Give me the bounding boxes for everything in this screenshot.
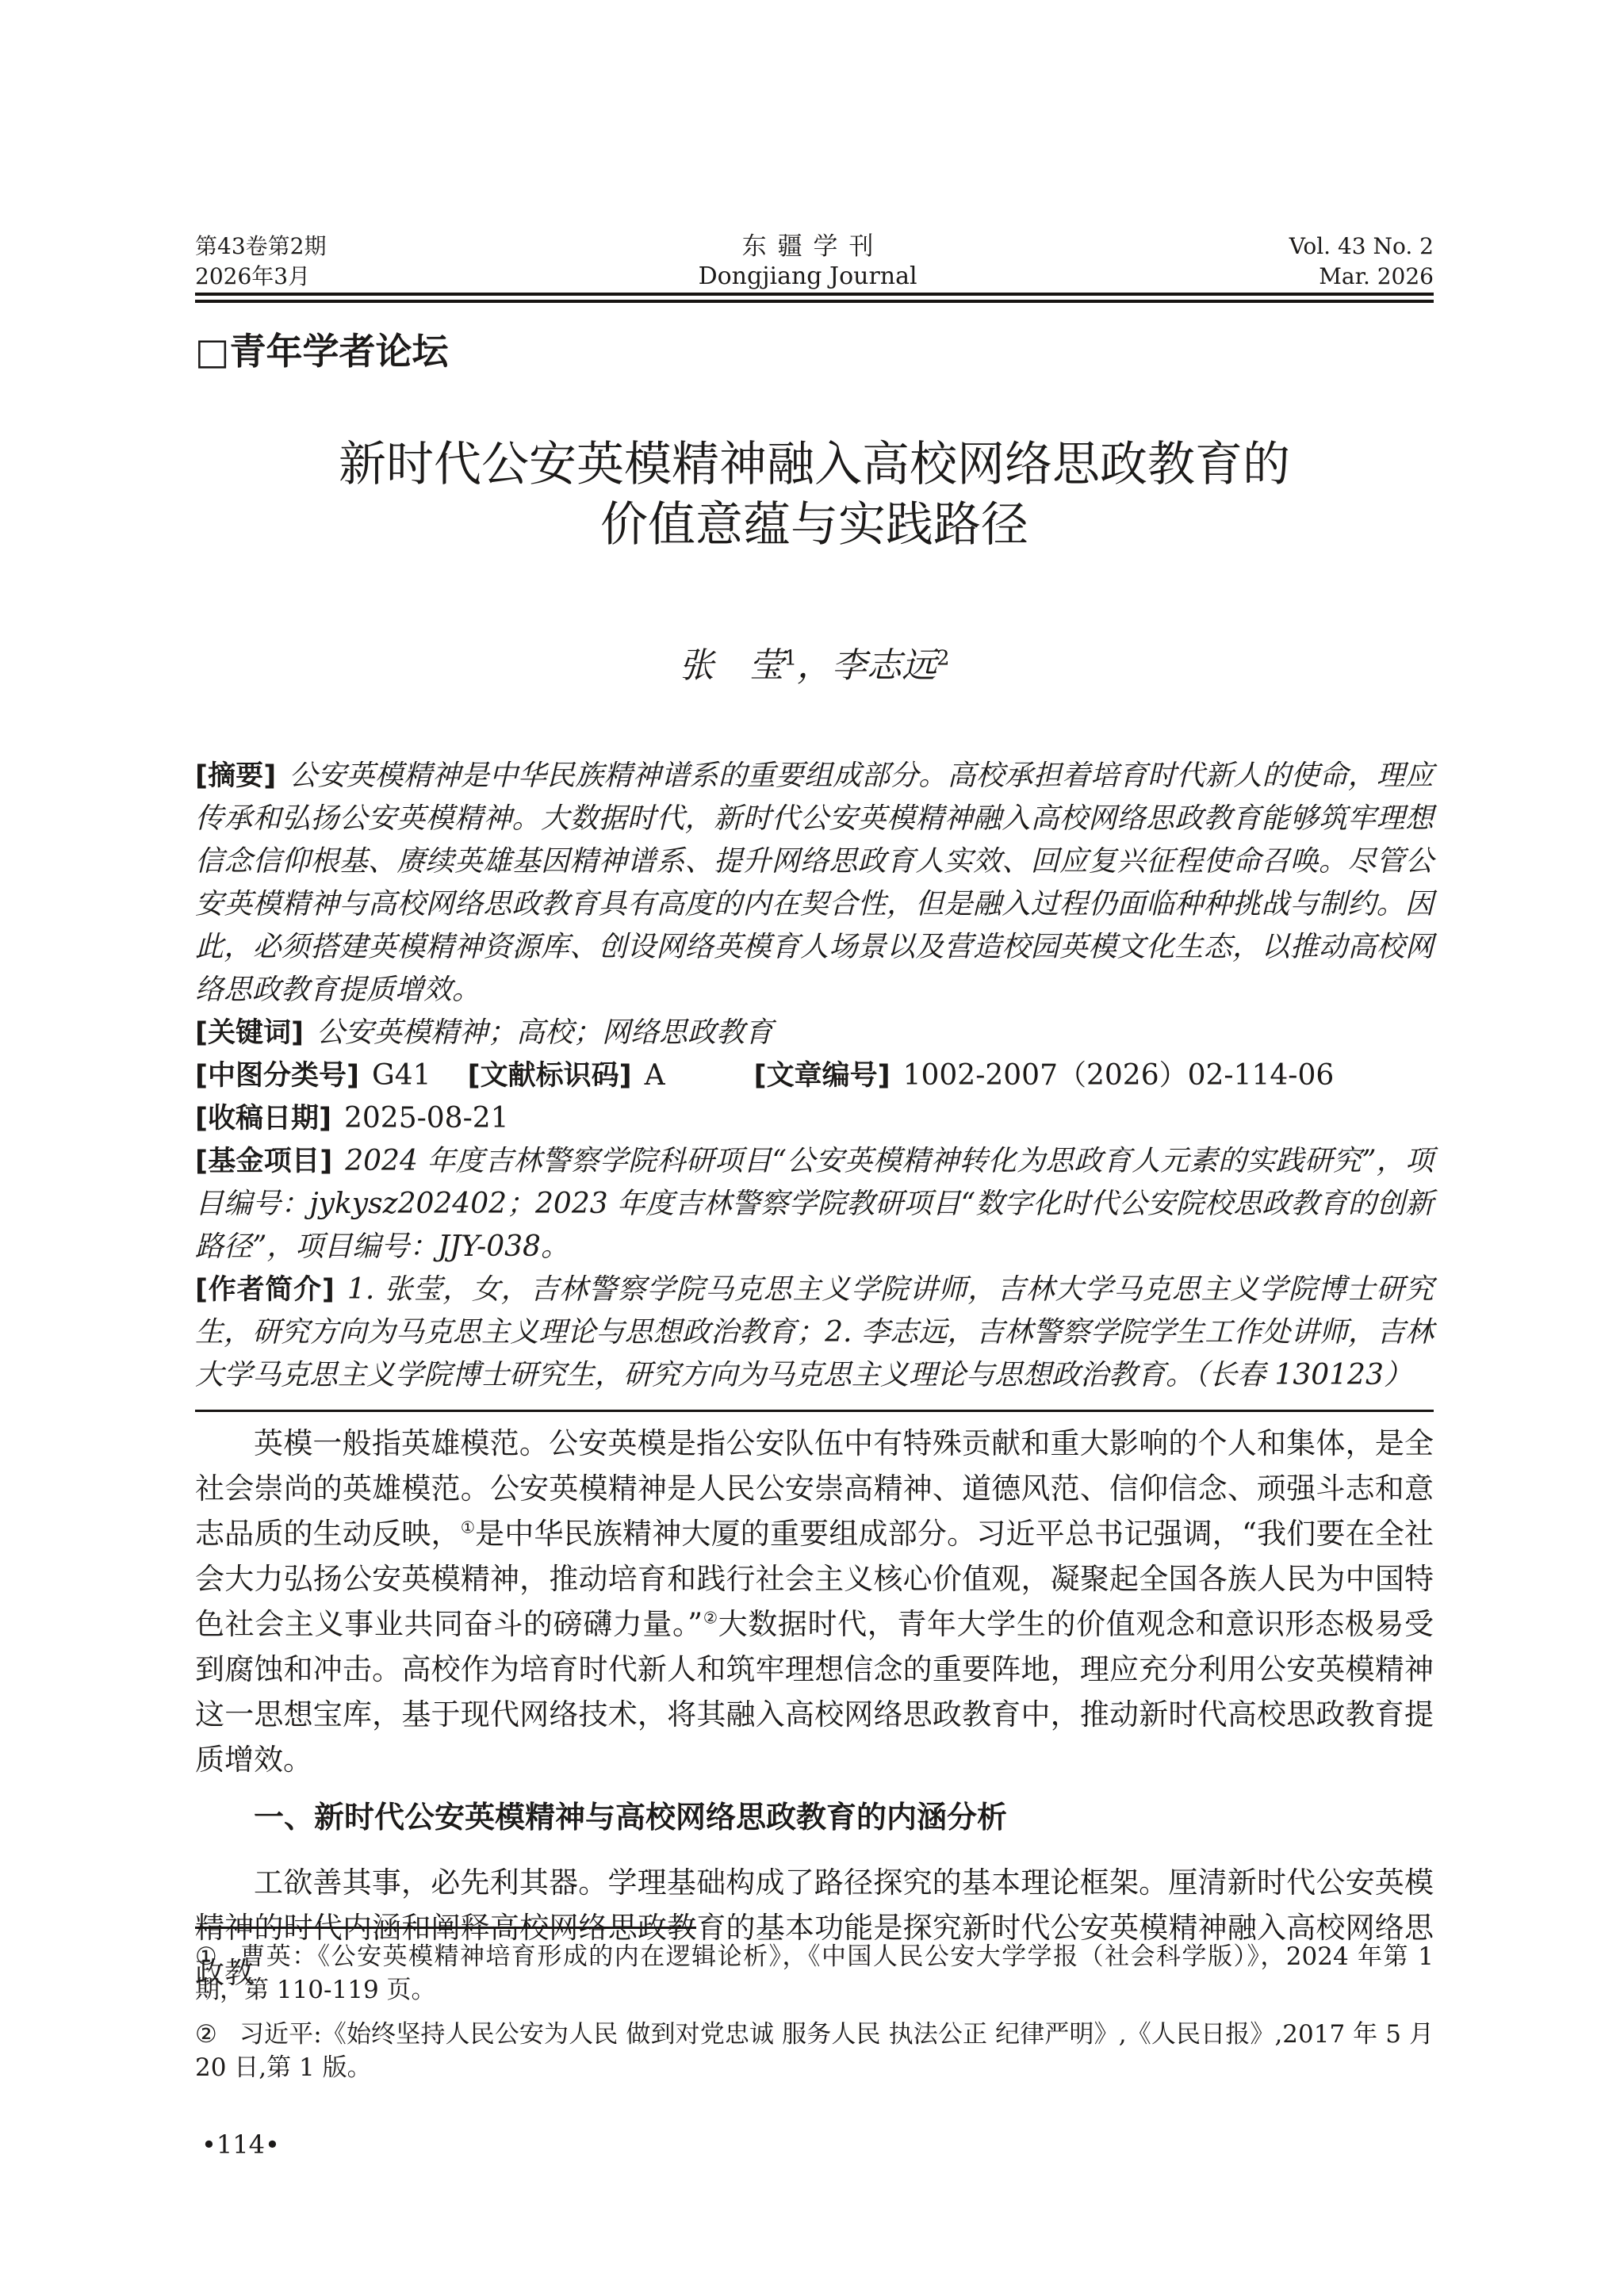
header-center: 东疆学刊 Dongjiang Journal <box>699 232 917 292</box>
classification-line: [中图分类号]G41[文献标识码]A[文章编号]1002-2007（2026）0… <box>195 1054 1434 1097</box>
fund-label: [基金项目] <box>195 1146 332 1177</box>
abstract: [摘要]公安英模精神是中华民族精神谱系的重要组成部分。高校承担着培育时代新人的使… <box>195 755 1434 1012</box>
article-title-line2: 价值意蕴与实践路径 <box>195 495 1434 555</box>
keywords-label: [关键词] <box>195 1017 304 1049</box>
bio-text: 1. 张莹，女，吉林警察学院马克思主义学院讲师，吉林大学马克思主义学院博士研究生… <box>195 1273 1434 1391</box>
fund-project: [基金项目]2024 年度吉林警察学院科研项目“公安英模精神转化为思政育人元素的… <box>195 1140 1434 1269</box>
article-id-label: [文章编号] <box>754 1060 891 1092</box>
author-separator: ， <box>797 645 832 686</box>
issue-en: Vol. 43 No. 2 <box>1289 232 1434 262</box>
fund-text: 2024 年度吉林警察学院科研项目“公安英模精神转化为思政育人元素的实践研究”，… <box>195 1145 1434 1263</box>
footnote-2-marker: ② <box>195 2020 217 2049</box>
author-2: 李志远 <box>832 645 936 686</box>
bio-label: [作者简介] <box>195 1274 335 1306</box>
article-id-value: 1002-2007（2026）02-114-06 <box>903 1059 1335 1092</box>
footnote-rule <box>195 1927 696 1929</box>
footnote-ref-2: ② <box>703 1609 718 1628</box>
journal-title-cn: 东疆学刊 <box>699 232 929 262</box>
footnotes: ①曹英：《公安英模精神培育形成的内在逻辑论析》，《中国人民公安大学学报（社会科学… <box>195 1927 1434 2084</box>
article-title-line1: 新时代公安英模精神融入高校网络思政教育的 <box>195 434 1434 495</box>
author-2-superscript: 2 <box>936 646 950 670</box>
clc-value: G41 <box>372 1059 431 1092</box>
article-body: 英模一般指英雄模范。公安英模是指公安队伍中有特殊贡献和重大影响的个人和集体，是全… <box>195 1421 1434 1996</box>
footnote-ref-1: ① <box>461 1518 475 1537</box>
journal-header: 第43卷第2期 2026年3月 东疆学刊 Dongjiang Journal V… <box>195 232 1434 292</box>
journal-page: 第43卷第2期 2026年3月 东疆学刊 Dongjiang Journal V… <box>0 0 1624 2296</box>
issue-cn: 第43卷第2期 <box>195 232 326 262</box>
received-date: [收稿日期]2025-08-21 <box>195 1097 1434 1140</box>
date-cn: 2026年3月 <box>195 262 326 292</box>
footnote-1-text: 曹英：《公安英模精神培育形成的内在逻辑论析》，《中国人民公安大学学报（社会科学版… <box>195 1942 1434 2004</box>
date-en: Mar. 2026 <box>1289 262 1434 292</box>
authors-line: 张 莹1，李志远2 <box>195 644 1434 688</box>
author-bio: [作者简介]1. 张莹，女，吉林警察学院马克思主义学院讲师，吉林大学马克思主义学… <box>195 1269 1434 1397</box>
footnote-1: ①曹英：《公安英模精神培育形成的内在逻辑论析》，《中国人民公安大学学报（社会科学… <box>195 1940 1434 2007</box>
doc-code-value: A <box>645 1059 665 1092</box>
header-left: 第43卷第2期 2026年3月 <box>195 232 326 292</box>
footnote-2-text: 习近平:《始终坚持人民公安为人民 做到对党忠诚 服务人民 执法公正 纪律严明》,… <box>195 2020 1434 2082</box>
clc-label: [中图分类号] <box>195 1060 359 1092</box>
received-value: 2025-08-21 <box>344 1102 509 1135</box>
abstract-label: [摘要] <box>195 760 276 792</box>
page-number: •114• <box>201 2130 280 2160</box>
header-right: Vol. 43 No. 2 Mar. 2026 <box>1289 232 1434 292</box>
author-1-superscript: 1 <box>783 646 797 670</box>
author-1: 张 莹 <box>679 645 783 686</box>
body-paragraph-1: 英模一般指英雄模范。公安英模是指公安队伍中有特殊贡献和重大影响的个人和集体，是全… <box>195 1421 1434 1782</box>
footnote-2: ②习近平:《始终坚持人民公安为人民 做到对党忠诚 服务人民 执法公正 纪律严明》… <box>195 2018 1434 2084</box>
keywords-text: 公安英模精神；高校；网络思政教育 <box>316 1016 773 1049</box>
front-matter: [摘要]公安英模精神是中华民族精神谱系的重要组成部分。高校承担着培育时代新人的使… <box>195 755 1434 1397</box>
body-separator-rule <box>195 1410 1434 1412</box>
abstract-text: 公安英模精神是中华民族精神谱系的重要组成部分。高校承担着培育时代新人的使命，理应… <box>195 760 1434 1006</box>
column-label: □青年学者论坛 <box>195 330 1434 373</box>
header-double-rule <box>195 293 1434 303</box>
doc-code-label: [文献标识码] <box>468 1060 632 1092</box>
received-label: [收稿日期] <box>195 1103 331 1135</box>
section-heading-1: 一、新时代公安英模精神与高校网络思政教育的内涵分析 <box>195 1793 1434 1841</box>
journal-title-en: Dongjiang Journal <box>699 262 917 292</box>
footnote-1-marker: ① <box>195 1942 218 1971</box>
article-title: 新时代公安英模精神融入高校网络思政教育的 价值意蕴与实践路径 <box>195 434 1434 555</box>
keywords: [关键词]公安英模精神；高校；网络思政教育 <box>195 1012 1434 1054</box>
